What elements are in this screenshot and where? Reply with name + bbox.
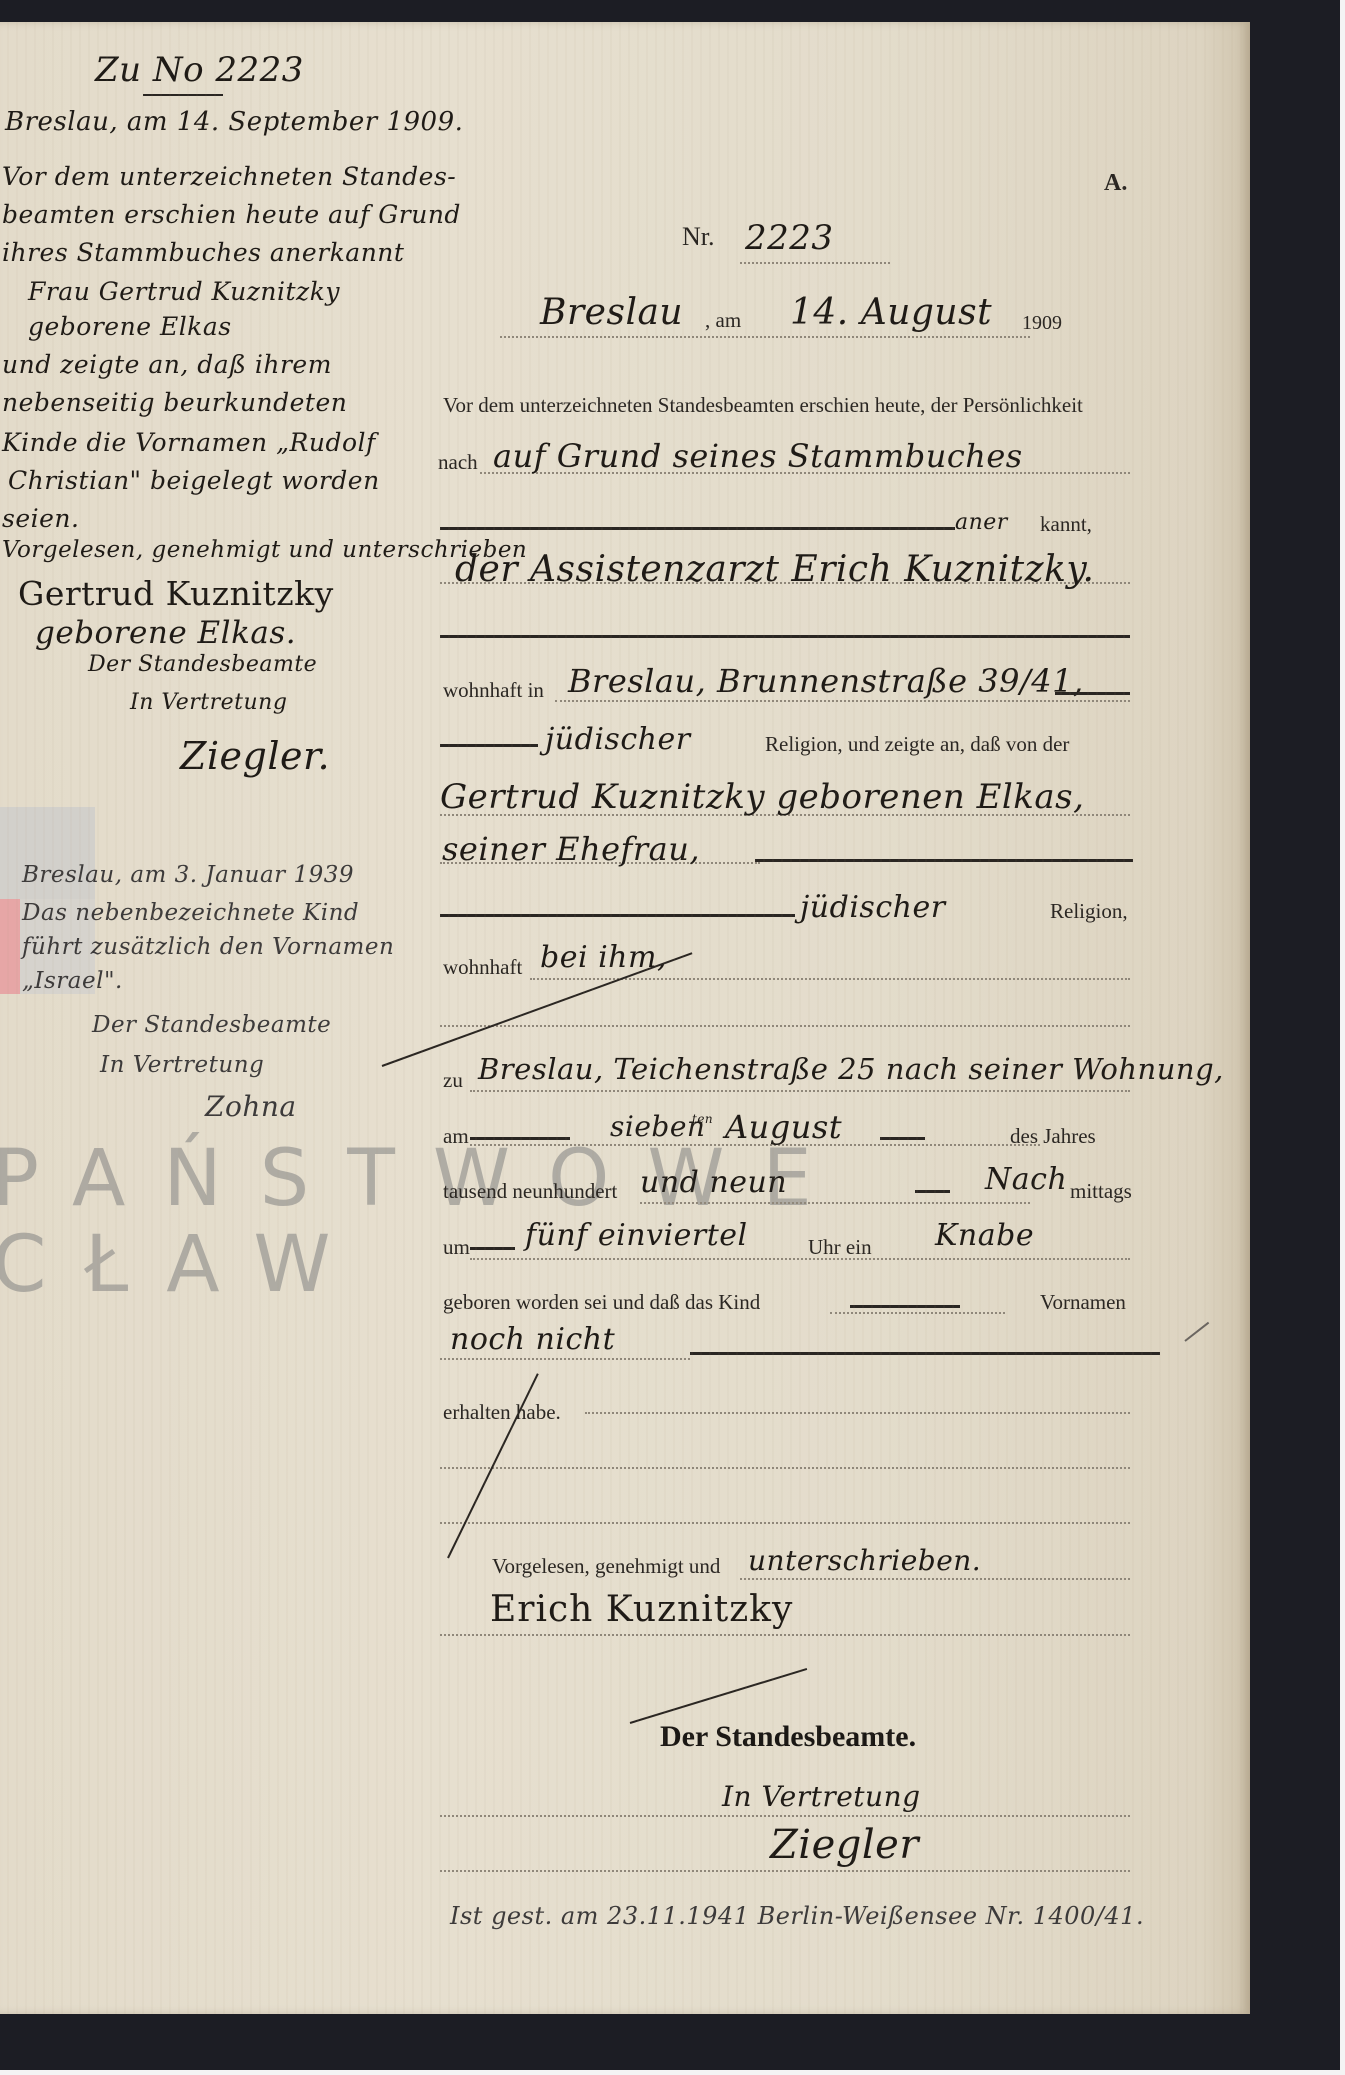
margin-note-1-line: Kinde die Vornamen „Rudolf [2,428,376,457]
margin-note-1-deputy: In Vertretung [130,690,287,715]
religion-lead-line [440,744,538,747]
des-jahres-label: des Jahres [1010,1124,1096,1149]
read-approved-label: Vorgelesen, genehmigt und [492,1554,720,1579]
birth-time: fünf einviertel [525,1218,748,1253]
cancel-stroke-residence [382,952,693,1067]
identity-suffix: aner [955,510,1008,535]
margin-note-2-line: „Israel". [22,968,123,994]
registrar-signature: Ziegler [770,1822,919,1868]
margin-note-1-line: Frau Gertrud Kuznitzky [28,277,340,306]
nach-label: nach [438,450,478,475]
margin-note-1-line: Christian" beigelegt worden [8,466,380,495]
margin-note-1-line: Vorgelesen, genehmigt und unterschrieben [2,537,527,563]
date-connector: , am [705,308,741,333]
declarant-signature: Erich Kuznitzky [490,1589,793,1630]
mother-religion-lead-line [440,914,795,917]
register-page: Zu No 2223 Breslau, am 14. September 190… [0,22,1250,2014]
margin-check-mark [1184,1322,1209,1342]
margin-note-1-line: und zeigte an, daß ihrem [2,350,332,379]
margin-note-1-header: Zu No 2223 [95,50,304,90]
identity-basis: auf Grund seines Stammbuches [493,437,1023,475]
blank-line-3 [440,1522,1130,1524]
scan-border-right [1340,0,1345,2075]
kannt-label: kannt, [1040,512,1092,537]
blank-line-2 [440,1467,1130,1469]
given-names-status: noch nicht [450,1322,615,1357]
scan-border-bottom [0,2070,1345,2075]
religion-statement: Religion, und zeigte an, daß von der [765,732,1069,757]
margin-note-1-signature: Ziegler. [180,734,330,778]
birth-year-words: und neun [640,1165,787,1200]
margin-note-2-deputy: In Vertretung [100,1052,264,1078]
place: Breslau [540,292,683,333]
religion-label: Religion, [1050,899,1128,924]
blank-line-1 [585,1412,1130,1414]
birth-place: Breslau, Teichenstraße 25 nach seiner Wo… [478,1052,1224,1086]
cancel-stroke-signature [630,1668,808,1724]
margin-note-1-line: Vor dem unterzeichneten Standes- [2,162,456,191]
wohnhaft-label: wohnhaft [443,955,522,980]
death-annotation: Ist gest. am 23.11.1941 Berlin-Weißensee… [450,1902,1144,1930]
address-tail-line [1055,692,1130,695]
mother-relation: seiner Ehefrau, [442,830,700,868]
register-number: 2223 [745,218,834,258]
birth-year-line [640,1202,1030,1204]
watermark-line-2: CŁAW [0,1220,369,1310]
margin-note-1-line: beamten erschien heute auf Grund [2,200,461,229]
given-names-line [440,1358,690,1360]
zu-label: zu [443,1068,463,1093]
mother-signature-margin: Gertrud Kuznitzky [18,574,334,613]
birth-month-tail-line [880,1137,925,1140]
mittags-label: mittags [1070,1179,1132,1204]
registrar-line-1 [440,1815,1130,1817]
intro-text: Vor dem unterzeichneten Standesbeamten e… [443,393,1083,418]
margin-note-1-line: nebenseitig beurkundeten [2,388,347,417]
child-sex: Knabe [935,1218,1034,1253]
birth-day-lead-line [470,1137,570,1140]
birth-month: August [725,1108,842,1146]
geboren-label: geboren worden sei und daß das Kind [443,1290,760,1315]
birth-day-suffix: ten [692,1112,713,1126]
declarant-blank-line [440,635,1130,638]
header-underline [143,94,223,96]
uhr-ein-label: Uhr ein [808,1235,872,1260]
mother-signature-margin-2: geborene Elkas. [35,615,296,651]
read-approved-value: unterschrieben. [748,1544,981,1577]
relation-blank-line [755,859,1133,862]
birth-year-tail-line [915,1190,950,1193]
declarant-address: Breslau, Brunnenstraße 39/41, [568,662,1084,700]
year-printed: 1909 [1022,312,1062,335]
read-approved-line [740,1578,1130,1580]
registrar-deputy: In Vertretung [722,1780,921,1813]
margin-note-2-registrar: Der Standesbeamte [92,1012,331,1038]
residence-line-2 [440,1025,1130,1027]
register-number-label: Nr. [682,222,715,252]
place-date-line [500,336,1030,338]
registrar-heading: Der Standesbeamte. [660,1720,916,1754]
registrar-line-2 [440,1870,1130,1872]
birth-place-line [470,1090,1130,1092]
declarant: der Assistenzarzt Erich Kuznitzky. [455,549,1094,590]
margin-note-1-line: ihres Stammbuches anerkannt [2,238,404,267]
wohnhaft-in-label: wohnhaft in [443,678,544,703]
margin-note-1-line: seien. [2,504,79,533]
date: 14. August [790,292,992,333]
signature-line [440,1634,1130,1636]
am-label: am [443,1124,469,1149]
calibration-strip-pink [0,899,20,994]
tausend-label: tausend neunhundert [443,1179,617,1204]
kind-line [830,1312,1005,1314]
mother-religion: jüdischer [800,890,946,925]
margin-note-2-line: Das nebenbezeichnete Kind [22,900,359,926]
register-number-line [740,262,890,264]
declarant-religion: jüdischer [545,722,691,757]
erhalten-label: erhalten habe. [443,1400,561,1425]
vornamen-label: Vornamen [1040,1290,1126,1315]
margin-note-2-line: Breslau, am 3. Januar 1939 [22,862,354,888]
birth-time-line [470,1258,1130,1260]
margin-note-1-line: Breslau, am 14. September 1909. [5,107,463,137]
mother-name: Gertrud Kuznitzky geborenen Elkas, [440,777,1084,817]
kind-blank-line [850,1305,960,1308]
margin-note-2-line: führt zusätzlich den Vornamen [22,934,394,960]
time-of-day: Nach [985,1162,1067,1197]
identity-blank-line [440,527,955,530]
birth-time-lead-line [470,1247,515,1250]
um-label: um [443,1235,470,1260]
margin-note-2-signature: Zohna [205,1090,297,1123]
margin-note-1-line: geborene Elkas [28,312,232,341]
address-line [555,700,1130,702]
form-letter: A. [1104,170,1127,197]
margin-note-1-registrar: Der Standesbeamte [88,652,317,677]
given-names-blank-line [690,1352,1160,1355]
